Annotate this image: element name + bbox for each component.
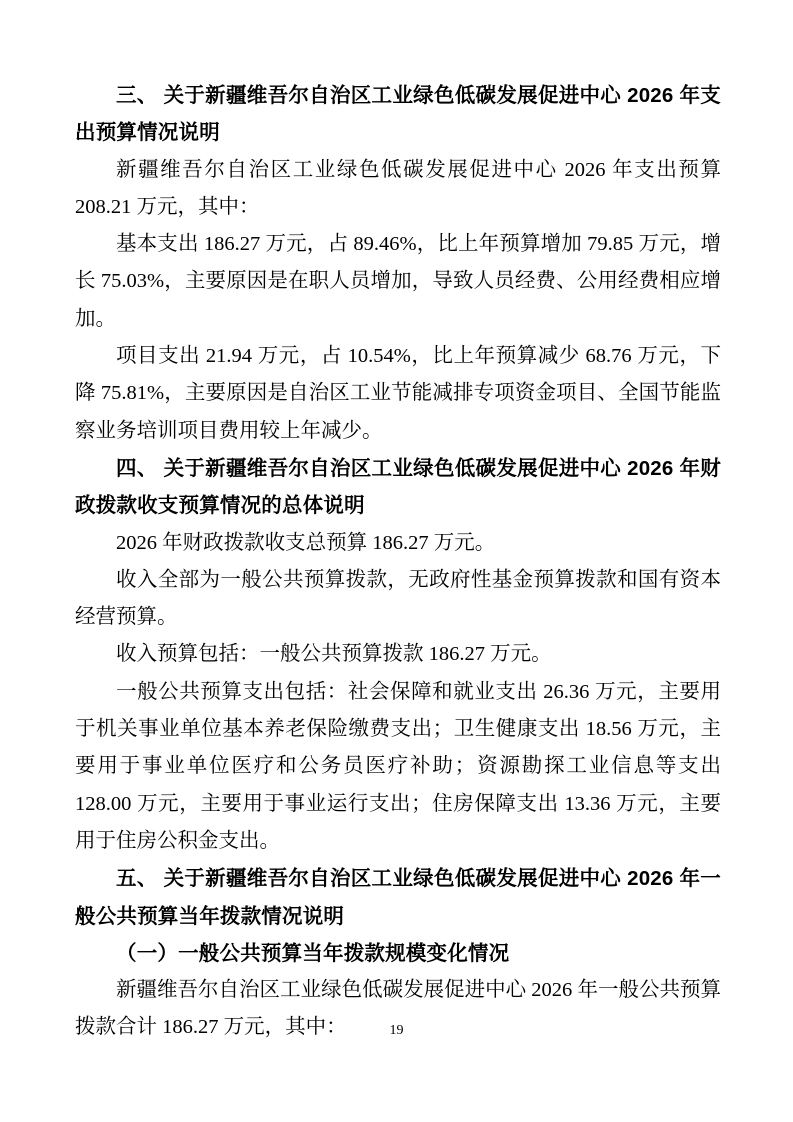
page-number: 19 <box>390 1023 404 1038</box>
paragraph-basic-expenditure: 基本支出 186.27 万元，占 89.46%，比上年预算增加 79.85 万元… <box>75 226 721 338</box>
page-footer: 19 <box>0 1021 793 1039</box>
paragraph-expenditure-total: 新疆维吾尔自治区工业绿色低碳发展促进中心 2026 年支出预算 208.21 万… <box>75 152 721 227</box>
subsection-heading-1: （一）一般公共预算当年拨款规模变化情况 <box>75 935 721 972</box>
document-page: 三、 关于新疆维吾尔自治区工业绿色低碳发展促进中心 2026 年支出预算情况说明… <box>0 0 793 1122</box>
section-heading-4: 四、 关于新疆维吾尔自治区工业绿色低碳发展促进中心 2026 年财政拨款收支预算… <box>75 450 721 525</box>
section-heading-5: 五、 关于新疆维吾尔自治区工业绿色低碳发展促进中心 2026 年一般公共预算当年… <box>75 860 721 935</box>
document-body: 三、 关于新疆维吾尔自治区工业绿色低碳发展促进中心 2026 年支出预算情况说明… <box>75 77 721 1047</box>
paragraph-public-budget-detail: 一般公共预算支出包括：社会保障和就业支出 26.36 万元，主要用于机关事业单位… <box>75 674 721 860</box>
paragraph-income-source: 收入全部为一般公共预算拨款，无政府性基金预算拨款和国有资本经营预算。 <box>75 562 721 637</box>
paragraph-income-budget: 收入预算包括：一般公共预算拨款 186.27 万元。 <box>75 636 721 673</box>
section-heading-3: 三、 关于新疆维吾尔自治区工业绿色低碳发展促进中心 2026 年支出预算情况说明 <box>75 77 721 152</box>
paragraph-project-expenditure: 项目支出 21.94 万元，占 10.54%，比上年预算减少 68.76 万元，… <box>75 338 721 450</box>
paragraph-fiscal-total: 2026 年财政拨款收支总预算 186.27 万元。 <box>75 525 721 562</box>
